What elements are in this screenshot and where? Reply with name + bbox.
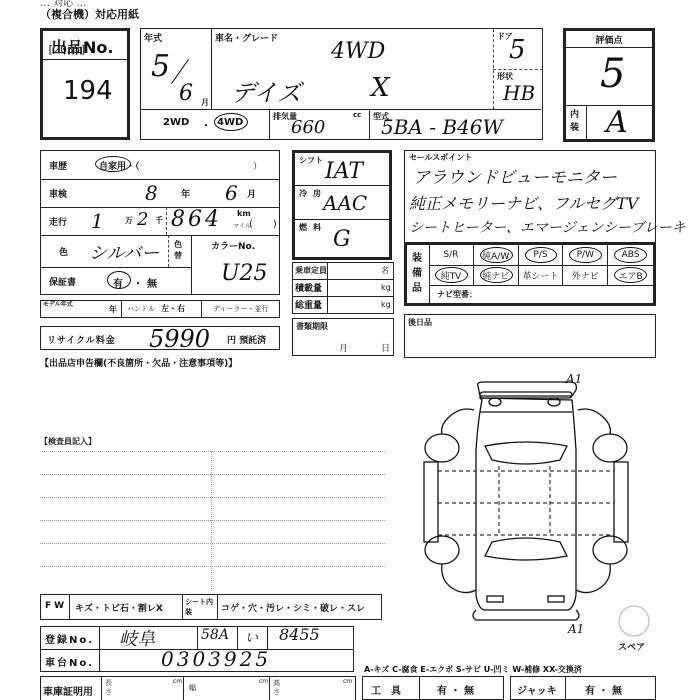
- divider: [166, 207, 167, 235]
- divider: [267, 627, 268, 649]
- fuel-value: G: [333, 227, 351, 252]
- fw-options: キズ・トビ石・割レX: [75, 601, 163, 614]
- month-unit: 月: [201, 97, 209, 108]
- sales-points-label: セールスポイント: [409, 152, 472, 163]
- equipment-item: 外ナビ: [563, 265, 608, 285]
- year-label: 年式: [144, 31, 162, 44]
- seat-label: シート内装: [185, 597, 215, 617]
- chassis-value: 0303925: [161, 647, 271, 671]
- jack-label: ジャッキ: [517, 682, 557, 697]
- vehicle-info-block: 年式 5 6 月 車名・グレード 4WD デイズ X ドア 5 形状 HB 2W…: [140, 28, 543, 140]
- ruled-line: [40, 474, 385, 475]
- equipment-item: 純TV: [429, 265, 474, 285]
- ruled-line: [40, 566, 385, 567]
- inspector-label: 【検査員記入】: [40, 436, 96, 447]
- inspection-month-unit: 月: [247, 187, 256, 200]
- color-value: シルバー: [89, 239, 159, 265]
- divider: [41, 235, 279, 236]
- capacity-block: 乗車定員 名 積載量 kg 総重量 kg: [292, 262, 394, 314]
- docs-month-unit: 月: [339, 341, 348, 354]
- recycle-value: 5990: [149, 325, 210, 353]
- lot-number-box: 出品No. [2035] 194: [40, 28, 130, 140]
- color-label: 色: [59, 245, 68, 258]
- shift-value: IAT: [325, 159, 363, 184]
- dealer-options: ディーラー・並行: [213, 304, 268, 314]
- ruled-line: [40, 543, 385, 544]
- recycle-unit: 円 預託済: [227, 333, 266, 346]
- drive-sep: ・: [201, 117, 211, 132]
- fuel-label: 燃料: [299, 222, 327, 233]
- sales-point-line: 純正メモリーナビ、フルセグTV: [409, 191, 638, 214]
- equipment-item: エアB: [608, 265, 653, 285]
- divider: [99, 627, 100, 671]
- damage-legend: A-キズ C-腐食 E-エクボ S-サビ U-凹ミ W-補修 XX-交換済: [364, 664, 582, 675]
- inspection-year-unit: 年: [181, 187, 190, 200]
- divider: [41, 179, 279, 180]
- divider: [121, 301, 122, 317]
- sales-point-line: シートヒーター、エマージェンシーブレーキ: [409, 217, 686, 237]
- divider: [101, 677, 102, 700]
- equipment-item: P/S: [519, 245, 564, 265]
- divider: [182, 595, 183, 619]
- garage-length-label: 長さ: [105, 679, 115, 697]
- handle-options: 左・右: [161, 303, 185, 314]
- passengers-label: 乗車定員: [295, 265, 327, 276]
- score-label: 評価点: [566, 33, 652, 46]
- equipment-item: S/R: [429, 245, 474, 265]
- nav-model-label: ナビ型番：: [437, 289, 477, 300]
- equipment-selected-circle: [525, 247, 558, 263]
- ruled-line: [40, 520, 385, 521]
- header-subtitle: （複合機）対応用紙: [40, 6, 139, 22]
- warranty-label: 保証書: [49, 275, 76, 288]
- fw-label: FW: [45, 601, 67, 611]
- divider: [269, 109, 270, 139]
- divider: [586, 105, 587, 139]
- mileage-sen-unit: 千: [155, 215, 163, 226]
- docs-day-unit: 日: [381, 341, 390, 354]
- divider: [493, 69, 543, 70]
- divider: [217, 595, 218, 619]
- tools-options: 有 ・ 無: [437, 682, 474, 697]
- ruled-line: [40, 451, 385, 452]
- handle-label: ハンドル: [127, 304, 155, 314]
- shift-label: シフト: [299, 155, 323, 166]
- equipment-item-label: 外ナビ: [572, 269, 599, 282]
- garage-cert-label: 車庫証明用: [43, 683, 93, 698]
- divider: [295, 219, 389, 220]
- warranty-no: 無: [147, 275, 157, 290]
- divider: [237, 627, 238, 649]
- garage-width-unit: cm: [259, 678, 268, 685]
- equipment-selected-circle: [614, 267, 647, 283]
- divider: [191, 235, 192, 295]
- divider: [183, 677, 184, 700]
- equipment-row: S/R純A/WP/SP/WABS: [429, 245, 653, 265]
- docs-deadline-block: 書類期限 月 日: [292, 318, 394, 356]
- equipment-row: 純TV純ナビ革シート外ナビエアB: [429, 265, 653, 285]
- aircon-value: AAC: [323, 191, 367, 215]
- gross-label: 総重量: [295, 298, 322, 311]
- divider: [201, 301, 202, 317]
- passengers-unit: 名: [381, 265, 389, 276]
- equipment-item: 純ナビ: [474, 265, 519, 285]
- color-change-label: 色替: [174, 239, 186, 261]
- equipment-selected-circle: [569, 247, 602, 263]
- history-label: 車歴: [49, 159, 67, 172]
- divider: [41, 267, 191, 268]
- divider: [565, 677, 566, 699]
- interior-label: 内装: [570, 109, 582, 135]
- docs-deadline-label: 書類期限: [296, 321, 328, 332]
- equipment-selected-circle: [480, 267, 513, 283]
- sales-points-block: セールスポイント アラウンドビューモニター 純正メモリーナビ、フルセグTV シー…: [404, 150, 656, 244]
- color-code-label: カラーNo.: [211, 239, 255, 252]
- damage-mark-front: A1: [568, 622, 584, 636]
- damage-mark-rear: A1: [566, 372, 582, 386]
- divider: [293, 296, 393, 297]
- garage-length-unit: cm: [173, 678, 182, 685]
- history-close: ）: [253, 159, 262, 172]
- car-name-label: 車名・グレード: [215, 31, 278, 44]
- shape-value: HB: [503, 81, 535, 105]
- divider: [168, 235, 169, 267]
- shift-block: シフト IAT 冷房 AAC 燃料 G: [292, 150, 392, 260]
- registration-kana: い: [245, 627, 258, 646]
- inspection-label: 車検: [49, 187, 67, 200]
- divider: [269, 677, 270, 700]
- equipment-item-label: 革シート: [522, 269, 558, 282]
- registration-class: 58A: [201, 627, 229, 643]
- color-code-value: U25: [221, 261, 268, 286]
- load-unit: kg: [381, 283, 391, 292]
- month-value: 6: [179, 81, 193, 106]
- lot-divider: [43, 59, 127, 60]
- divider: [69, 595, 70, 619]
- gross-unit: kg: [381, 300, 391, 309]
- equipment-block: 装備品 S/R純A/WP/SP/WABS 純TV純ナビ革シート外ナビエアB ナビ…: [404, 242, 656, 306]
- fw-row: FW キズ・トビ石・割レX シート内装 コゲ・穴・汚レ・シミ・破レ・スレ: [40, 594, 382, 620]
- warranty-sep: ・: [133, 275, 143, 290]
- doors-value: 5: [509, 35, 526, 65]
- mileage-sen: 2: [137, 209, 148, 230]
- garage-height-label: 高さ: [273, 679, 283, 697]
- registration-block: 登録No. 岐阜 58A い 8455 車台No. 0303925: [40, 626, 354, 672]
- recycle-row: リサイクル料金 5990 円 預託済: [40, 326, 280, 350]
- later-items-block: 後日品: [404, 314, 656, 358]
- model-year-row: モデル年式 年 ハンドル 左・右 ディーラー・並行: [40, 300, 280, 318]
- equipment-item: ABS: [608, 245, 653, 265]
- garage-height-unit: cm: [343, 678, 352, 685]
- later-items-label: 後日品: [408, 317, 432, 328]
- mileage-man-unit: 万: [125, 215, 133, 226]
- divider: [419, 677, 420, 699]
- mileage-rest: 864: [171, 207, 222, 232]
- warranty-selected-circle: [107, 271, 131, 289]
- divider: [369, 109, 370, 139]
- divider: [429, 285, 653, 286]
- seller-notes-label: 【出品店申告欄(不良箇所・欠品・注意事項等)】: [40, 356, 237, 369]
- divider: [295, 185, 389, 186]
- divider: [197, 627, 198, 649]
- registration-label: 登録No.: [45, 631, 94, 646]
- drive-note: 4WD: [331, 39, 385, 64]
- mileage-label: 走行: [49, 215, 67, 228]
- divider: [141, 109, 541, 110]
- divider: [566, 47, 652, 48]
- mileage-paren: ( ): [249, 215, 277, 230]
- tools-label: 工 具: [371, 682, 401, 697]
- drive-selected-circle: [214, 113, 248, 131]
- year-value: 5: [151, 49, 170, 84]
- equipment-item: P/W: [563, 245, 608, 265]
- garage-width-label: 幅: [189, 683, 196, 693]
- load-label: 積載量: [295, 281, 322, 294]
- car-grade: X: [371, 73, 390, 103]
- registration-number: 8455: [279, 625, 320, 644]
- divider: [211, 29, 212, 109]
- tools-box: 工 具 有 ・ 無: [362, 676, 504, 700]
- jack-box: ジャッキ 有 ・ 無: [510, 676, 656, 700]
- equipment-item: 革シート: [519, 265, 564, 285]
- equipment-selected-circle: [435, 267, 468, 283]
- ruled-divider: [211, 451, 212, 591]
- history-selected-circle: [95, 156, 131, 172]
- equipment-label: 装備品: [412, 251, 424, 296]
- score-value: 5: [600, 51, 625, 97]
- equipment-selected-circle: [614, 247, 647, 263]
- lot-number: 194: [63, 76, 113, 106]
- equipment-item-label: S/R: [443, 250, 458, 260]
- spare-label: スペア: [618, 640, 645, 653]
- drive-2wd: 2WD: [163, 117, 189, 128]
- history-block: 車歴 自家用・（ ） 車検 8 年 6 月 走行 1 万 2 千 864 km …: [40, 150, 280, 295]
- lot-stamp: [2035]: [47, 43, 87, 56]
- chassis-label: 車台No.: [45, 654, 94, 669]
- inspection-month: 6: [225, 181, 238, 205]
- car-diagram-icon: [400, 360, 700, 660]
- displacement-unit: cc: [353, 111, 361, 119]
- inspection-year: 8: [145, 181, 158, 205]
- model-year-unit: 年: [109, 304, 117, 315]
- divider: [327, 263, 328, 313]
- model-code-value: 5BA - B46W: [381, 115, 503, 139]
- divider: [41, 207, 279, 208]
- registration-region: 岐阜: [119, 625, 155, 651]
- interior-value: A: [606, 105, 628, 140]
- car-name: デイズ: [231, 73, 301, 108]
- equipment-selected-circle: [480, 247, 513, 263]
- seat-options: コゲ・穴・汚レ・シミ・破レ・スレ: [221, 601, 365, 614]
- garage-cert-row: 車庫証明用 長さ cm 幅 cm 高さ cm: [40, 676, 356, 700]
- divider: [293, 279, 393, 280]
- recycle-label: リサイクル料金: [47, 333, 116, 346]
- mileage-man: 1: [91, 209, 104, 233]
- score-box: 評価点 5 内装 A: [563, 28, 655, 142]
- ruled-line: [40, 497, 385, 498]
- jack-options: 有 ・ 無: [585, 682, 622, 697]
- model-year-label: モデル年式: [43, 301, 73, 309]
- sales-point-line: アラウンドビューモニター: [413, 163, 617, 188]
- displacement-value: 660: [291, 117, 325, 138]
- equipment-item: 純A/W: [474, 245, 519, 265]
